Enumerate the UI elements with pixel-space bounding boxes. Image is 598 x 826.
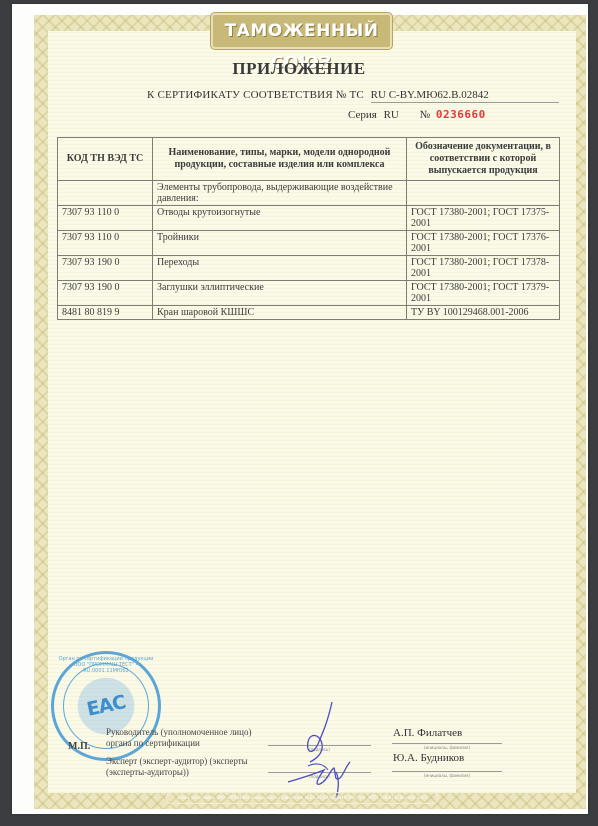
blank-number: 0236660 <box>436 108 486 121</box>
cell-code <box>58 181 153 206</box>
header-doc: Обозначение документации, в соответствии… <box>407 138 560 181</box>
table-row: 7307 93 190 0 Заглушки эллиптические ГОС… <box>58 281 560 306</box>
seal-place-label: М.П. <box>68 741 90 752</box>
handwritten-signature-icon <box>284 700 364 798</box>
table-row: Элементы трубопровода, выдерживающие воз… <box>58 181 560 206</box>
header-name: Наименование, типы, марки, модели одноро… <box>153 138 407 181</box>
print-info-strip: Бланк изготовлен ЗАО «ОПЦИОН» www.opcion… <box>166 792 438 804</box>
table-row: 8481 80 819 9 Кран шаровой КШШС ТУ BY 10… <box>58 306 560 320</box>
series-line: Серия RU № 0236660 <box>348 108 486 121</box>
series-value: RU <box>384 109 399 121</box>
cell-name: Переходы <box>153 256 407 281</box>
expert-name: Ю.А. Будников <box>393 752 464 764</box>
customs-union-banner: ТАМОЖЕННЫЙ СОЮЗ <box>211 13 392 49</box>
expert-name-line <box>392 771 502 772</box>
cell-code: 7307 93 110 0 <box>58 206 153 231</box>
certificate-label: К СЕРТИФИКАТУ СООТВЕТСТВИЯ № ТС <box>147 89 364 101</box>
table-row: 7307 93 190 0 Переходы ГОСТ 17380-2001; … <box>58 256 560 281</box>
number-sign: № <box>420 109 431 121</box>
cell-code: 7307 93 110 0 <box>58 231 153 256</box>
series-label: Серия <box>348 109 377 121</box>
cell-code: 7307 93 190 0 <box>58 256 153 281</box>
cell-doc: ГОСТ 17380-2001; ГОСТ 17379-2001 <box>407 281 560 306</box>
cell-name: Заглушки эллиптические <box>153 281 407 306</box>
cell-name: Элементы трубопровода, выдерживающие воз… <box>153 181 407 206</box>
head-label: Руководитель (уполномоченное лицо) орган… <box>106 727 266 749</box>
table-row: 7307 93 110 0 Отводы крутоизогнутые ГОСТ… <box>58 206 560 231</box>
cell-doc: ТУ BY 100129468.001-2006 <box>407 306 560 320</box>
cell-name: Кран шаровой КШШС <box>153 306 407 320</box>
expert-name-caption: (инициалы, фамилия) <box>392 773 502 778</box>
page-title: ПРИЛОЖЕНИЕ <box>0 59 598 79</box>
head-name-line <box>392 743 502 744</box>
stamp-ring-text: Орган по сертификации продукции ООО "ПРО… <box>54 656 158 674</box>
table-header-row: КОД ТН ВЭД ТС Наименование, типы, марки,… <box>58 138 560 181</box>
head-name: А.П. Филатчев <box>393 727 462 739</box>
cell-doc: ГОСТ 17380-2001; ГОСТ 17378-2001 <box>407 256 560 281</box>
expert-label: Эксперт (эксперт-аудитор) (эксперты (экс… <box>106 756 281 778</box>
products-table: КОД ТН ВЭД ТС Наименование, типы, марки,… <box>57 137 560 320</box>
cell-name: Отводы крутоизогнутые <box>153 206 407 231</box>
head-name-caption: (инициалы, фамилия) <box>392 745 502 750</box>
eac-mark-icon: ЕАС <box>80 680 132 732</box>
header-code: КОД ТН ВЭД ТС <box>58 138 153 181</box>
certificate-number: RU C-BY.МЮ62.В.02842 <box>371 89 559 103</box>
cell-code: 7307 93 190 0 <box>58 281 153 306</box>
certificate-reference: К СЕРТИФИКАТУ СООТВЕТСТВИЯ № ТС RU C-BY.… <box>147 89 559 103</box>
table-row: 7307 93 110 0 Тройники ГОСТ 17380-2001; … <box>58 231 560 256</box>
cell-doc <box>407 181 560 206</box>
cell-name: Тройники <box>153 231 407 256</box>
cell-doc: ГОСТ 17380-2001; ГОСТ 17376-2001 <box>407 231 560 256</box>
cell-code: 8481 80 819 9 <box>58 306 153 320</box>
cell-doc: ГОСТ 17380-2001; ГОСТ 17375-2001 <box>407 206 560 231</box>
